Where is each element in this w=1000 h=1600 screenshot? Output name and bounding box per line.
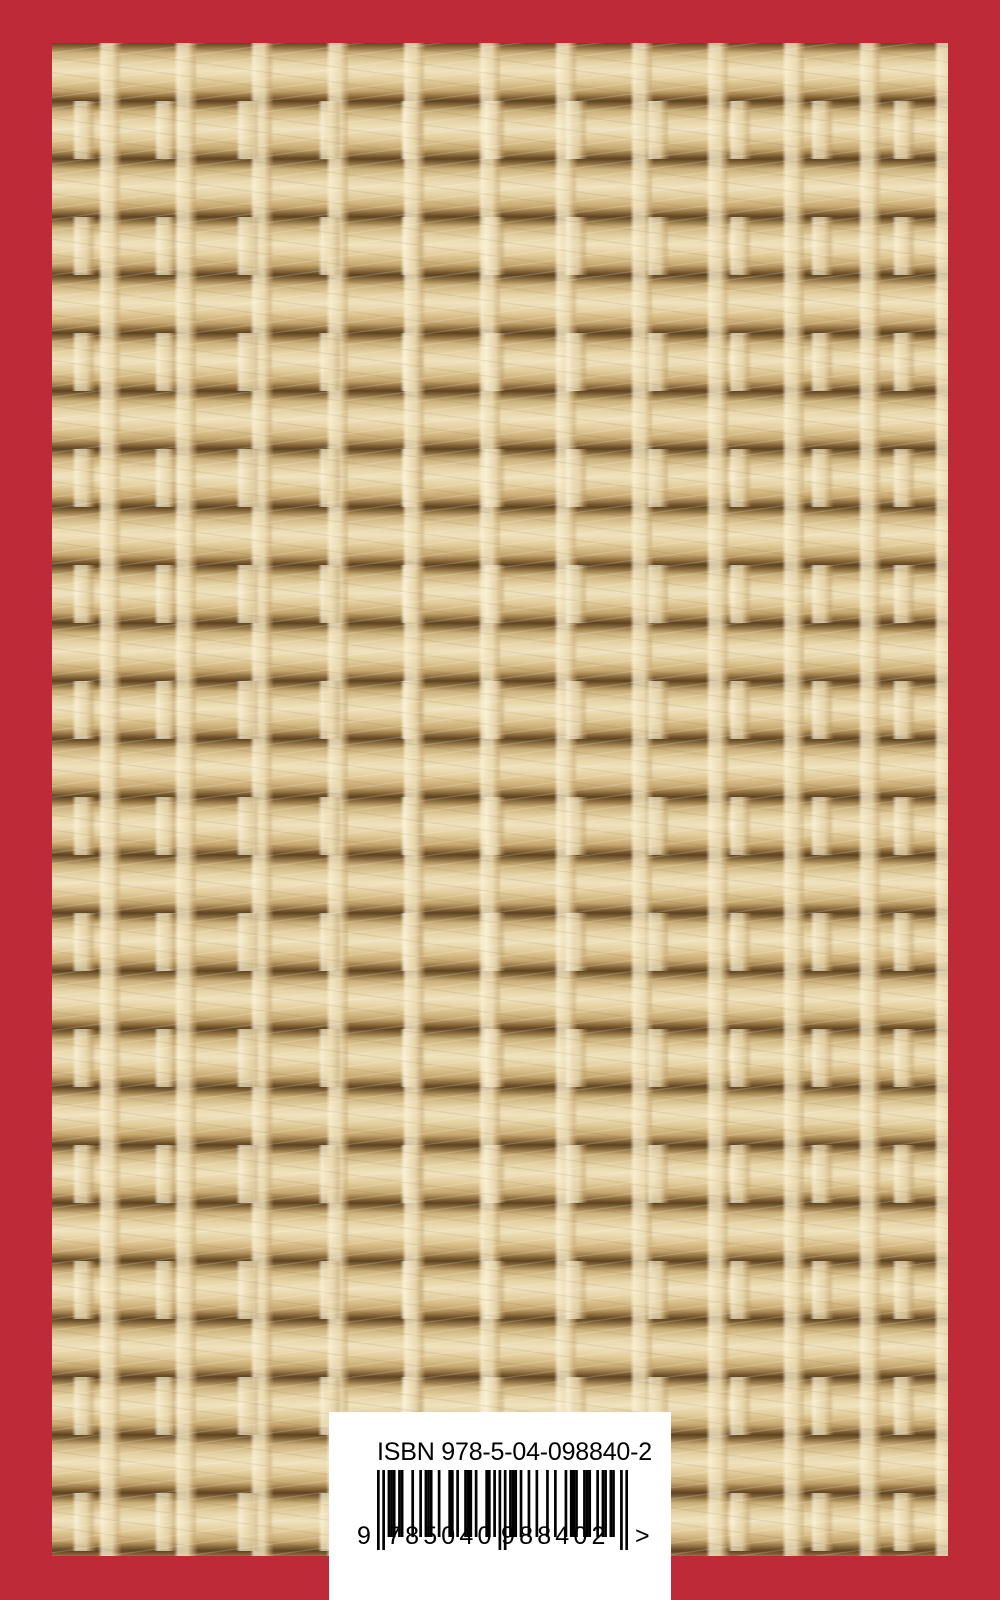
isbn-label: ISBN 978-5-04-098840-2 [377,1440,652,1465]
barcode-left-digits: 785040 [387,1524,496,1549]
book-back-cover: ISBN 978-5-04-098840-2 9 785040 988402 > [0,0,1000,1600]
barcode-right-digits: 988402 [501,1524,610,1549]
barcode-quiet-zone-marker: > [635,1524,650,1549]
barcode-first-digit: 9 [357,1524,371,1549]
isbn-barcode-box: ISBN 978-5-04-098840-2 9 785040 988402 > [329,1412,671,1600]
burlap-texture-image [52,43,948,1556]
